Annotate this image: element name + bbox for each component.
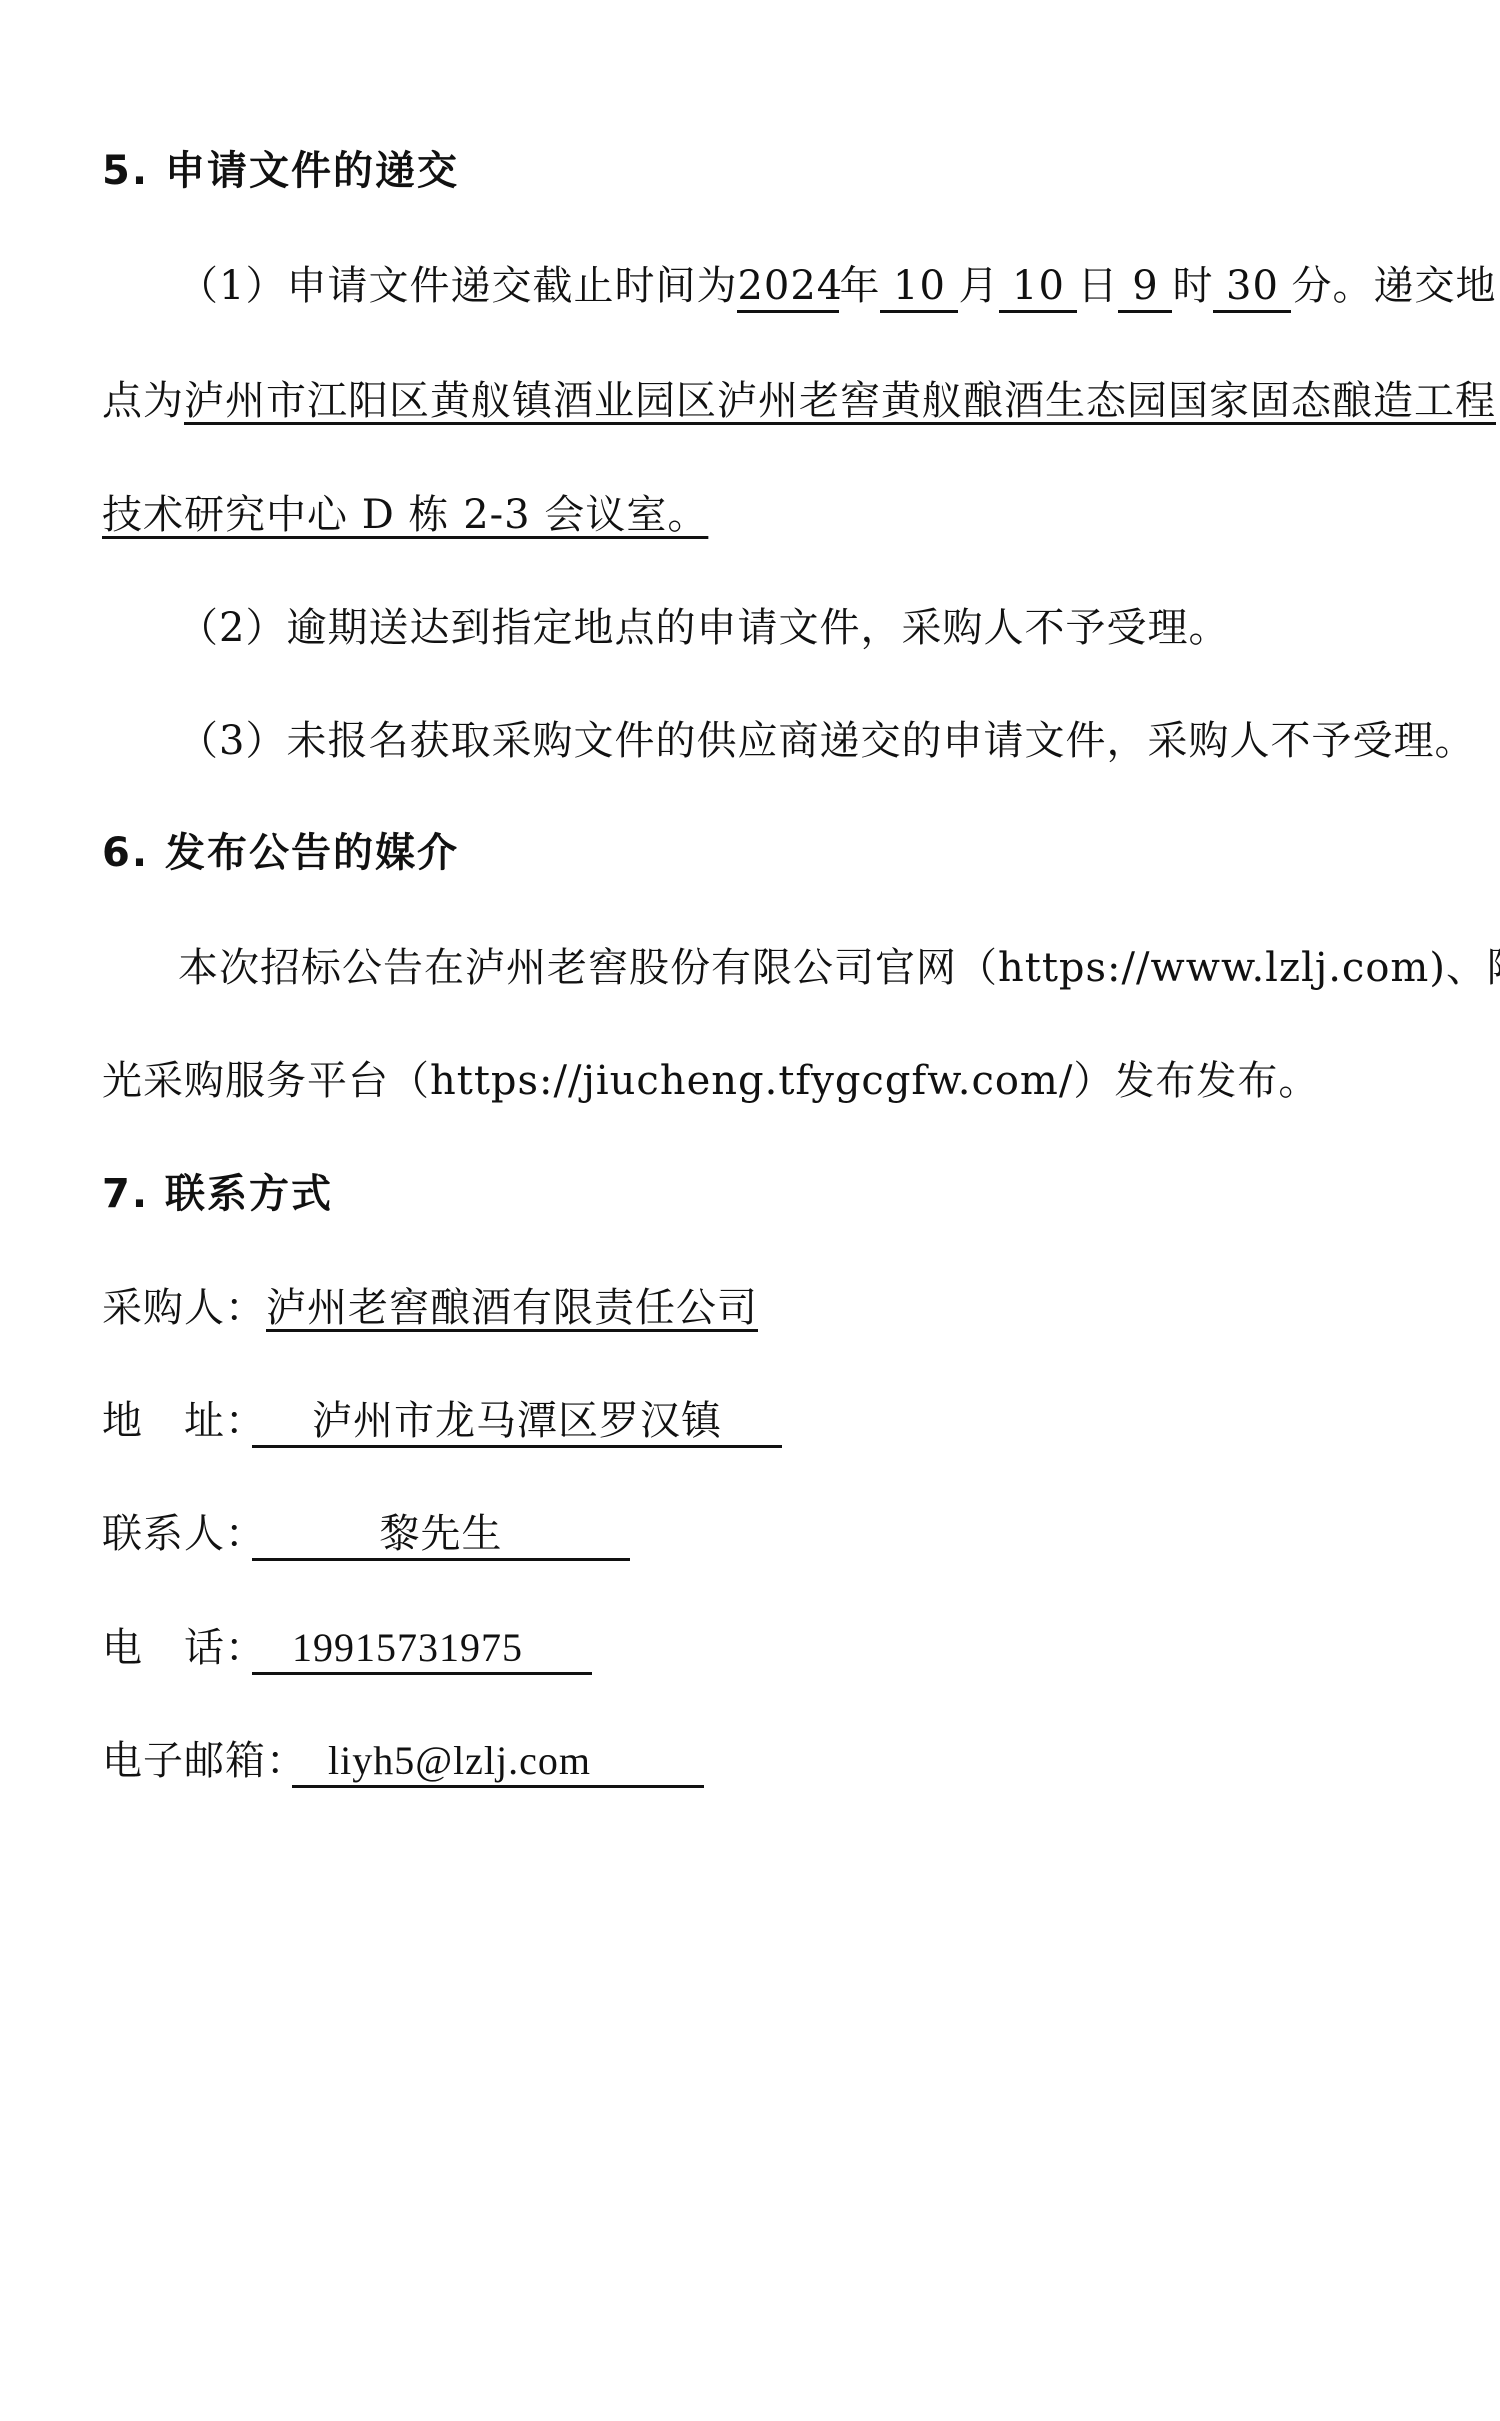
- deadline-day: 10: [999, 262, 1077, 313]
- day-unit: 日: [1077, 263, 1118, 309]
- purchaser-row: 采购人：泸州老窖酿酒有限责任公司: [102, 1280, 1412, 1336]
- email-row: 电子邮箱：liyh5@lzlj.com: [102, 1733, 1412, 1789]
- media-para-line-2: 光采购服务平台（https://jiucheng.tfygcgfw.com/）发…: [102, 1053, 1412, 1109]
- media-para-line-1: 本次招标公告在泸州老窖股份有限公司官网（https://www.lzlj.com…: [178, 940, 1488, 996]
- phone-value: 19915731975: [252, 1624, 592, 1675]
- location-value-1: 泸州市江阳区黄舣镇酒业园区泸州老窖黄舣酿酒生态园国家固态酿造工程: [184, 378, 1496, 424]
- location-line-1: 点为泸州市江阳区黄舣镇酒业园区泸州老窖黄舣酿酒生态园国家固态酿造工程: [102, 373, 1412, 429]
- item-2: （2）逾期送达到指定地点的申请文件，采购人不予受理。: [178, 600, 1488, 656]
- address-value: 泸州市龙马潭区罗汉镇: [252, 1397, 782, 1448]
- item-3: （3）未报名获取采购文件的供应商递交的申请文件，采购人不予受理。: [178, 713, 1488, 769]
- hour-unit: 时: [1172, 263, 1213, 309]
- month-unit: 月: [958, 263, 999, 309]
- section-6-heading: 6. 发布公告的媒介: [102, 825, 1412, 881]
- year-unit: 年: [839, 263, 880, 309]
- deadline-prefix: （1）申请文件递交截止时间为: [178, 263, 737, 309]
- purchaser-value: 泸州老窖酿酒有限责任公司: [266, 1285, 758, 1331]
- document-page: 5. 申请文件的递交 （1）申请文件递交截止时间为2024年10月10日9时30…: [0, 0, 1500, 2421]
- address-row: 地 址：泸州市龙马潭区罗汉镇: [102, 1393, 1412, 1449]
- section-5-heading: 5. 申请文件的递交: [102, 143, 1412, 199]
- address-label: 地 址：: [102, 1393, 252, 1449]
- contact-row: 联系人：黎先生: [102, 1506, 1412, 1562]
- phone-row: 电 话：19915731975: [102, 1620, 1412, 1676]
- deadline-year: 2024: [737, 262, 839, 313]
- deadline-month: 10: [880, 262, 958, 313]
- email-value: liyh5@lzlj.com: [292, 1737, 704, 1788]
- location-prefix: 点为: [102, 378, 184, 424]
- deadline-line: （1）申请文件递交截止时间为2024年10月10日9时30分。递交地: [178, 258, 1488, 314]
- email-label: 电子邮箱：: [102, 1733, 292, 1789]
- phone-label: 电 话：: [102, 1620, 252, 1676]
- location-line-2: 技术研究中心 D 栋 2-3 会议室。: [102, 487, 1412, 543]
- minute-unit: 分: [1291, 263, 1332, 309]
- contact-label: 联系人：: [102, 1506, 252, 1562]
- deadline-suffix: 。递交地: [1332, 263, 1496, 309]
- section-7-heading: 7. 联系方式: [102, 1166, 1412, 1222]
- location-value-2: 技术研究中心 D 栋 2-3 会议室。: [102, 492, 708, 538]
- deadline-minute: 30: [1213, 262, 1291, 313]
- contact-value: 黎先生: [252, 1510, 630, 1561]
- purchaser-label: 采购人：: [102, 1280, 266, 1336]
- deadline-hour: 9: [1118, 262, 1172, 313]
